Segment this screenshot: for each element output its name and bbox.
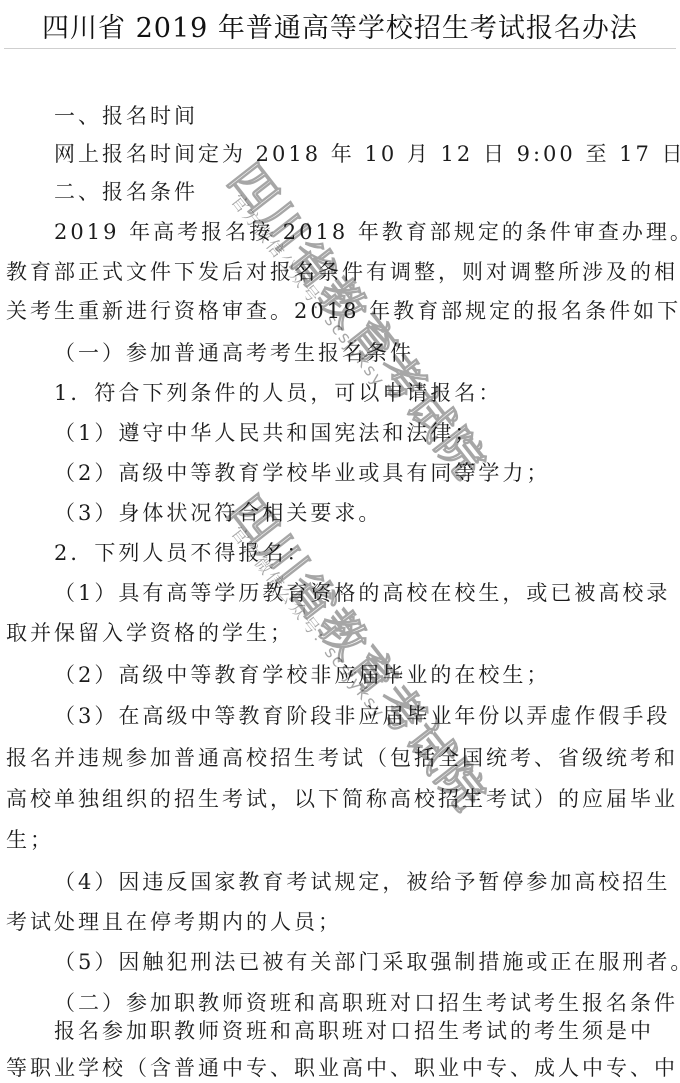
text-line: 生； (6, 824, 54, 854)
text-line: （2）高级中等教育学校非应届毕业的在校生； (54, 659, 550, 689)
text-line: 2019 年高考报名按 2018 年教育部规定的条件审查办理。若 (54, 216, 680, 246)
text-line: 二、报名条件 (54, 176, 198, 206)
text-line: 教育部正式文件下发后对报名条件有调整，则对调整所涉及的相 (6, 256, 678, 286)
text-line: （4）因违反国家教育考试规定，被给予暂停参加高校招生 (54, 866, 670, 896)
text-line: （5）因触犯刑法已被有关部门采取强制措施或正在服刑者。 (54, 946, 680, 976)
text-line: 一、报名时间 (54, 100, 198, 130)
text-line: 报名参加职教师资班和高职班对口招生考试的考生须是中 (54, 1015, 654, 1045)
text-line: （3）身体状况符合相关要求。 (54, 497, 382, 527)
text-line: 网上报名时间定为 2018 年 10 月 12 日 9:00 至 17 日 17… (54, 138, 680, 168)
text-line: 高校单独组织的招生考试，以下简称高校招生考试）的应届毕业 (6, 783, 678, 813)
text-line: （二）参加职教师资班和高职班对口招生考试考生报名条件 (54, 987, 678, 1017)
text-line: （一）参加普通高考考生报名条件 (54, 337, 414, 367)
text-line: 考试处理且在停考期内的人员； (6, 906, 342, 936)
text-line: （3）在高级中等教育阶段非应届毕业年份以弄虚作假手段 (54, 700, 670, 730)
text-line: （2）高级中等教育学校毕业或具有同等学力； (54, 457, 550, 487)
text-line: （1）遵守中华人民共和国宪法和法律； (54, 417, 478, 447)
text-line: 等职业学校（含普通中专、职业高中、职业中专、成人中专、中 (6, 1052, 678, 1082)
text-line: 关考生重新进行资格审查。2018 年教育部规定的报名条件如下： (6, 295, 680, 325)
document-title: 四川省 2019 年普通高等学校招生考试报名办法 (0, 6, 680, 45)
text-line: 报名并违规参加普通高校招生考试（包括全国统考、省级统考和 (6, 742, 678, 772)
text-line: （1）具有高等学历教育资格的高校在校生，或已被高校录 (54, 577, 670, 607)
title-divider (4, 48, 676, 49)
text-line: 2．下列人员不得报名： (54, 537, 310, 567)
text-line: 取并保留入学资格的学生； (6, 617, 294, 647)
text-line: 1．符合下列条件的人员，可以申请报名： (54, 377, 502, 407)
